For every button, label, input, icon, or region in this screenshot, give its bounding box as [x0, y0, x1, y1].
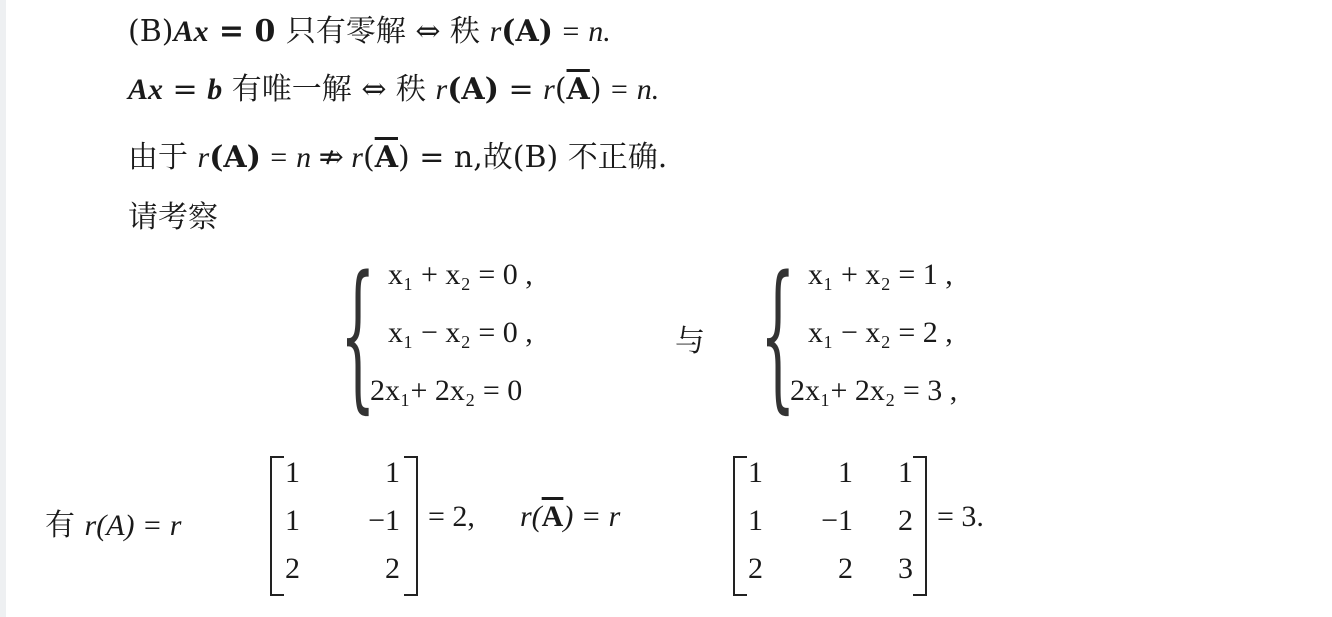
- math-A-bar: A: [375, 140, 398, 175]
- equation-row: x₁ + x₂ = 0 ,: [388, 258, 533, 292]
- math-A: (A): [209, 140, 261, 175]
- matrix-cell: 2: [350, 552, 400, 586]
- matrix-A: 1 1 1 −1 2 2: [270, 456, 418, 596]
- math-A: (A): [501, 14, 553, 49]
- matrix-cell: 1: [883, 456, 913, 490]
- paren-close: ): [590, 72, 602, 107]
- equation-row: 2x₁+ 2x₂ = 3 ,: [790, 374, 957, 408]
- equation-system-nonhomogeneous: { x₁ + x₂ = 1 , x₁ − x₂ = 2 , 2x₁+ 2x₂ =…: [760, 258, 1080, 428]
- text-rank: 秩: [450, 14, 490, 49]
- math-A-bar: A: [567, 72, 590, 107]
- math-r: r: [436, 73, 448, 106]
- line-1-statement-b: (B)Ax = 0 只有零解 ⇔ 秩 r(A) = n.: [128, 12, 611, 52]
- line-3-conclusion: 由于 r(A) = n ⇏ r(A) = n,故(B) 不正确.: [128, 138, 667, 178]
- text-consider: 请考察: [128, 200, 218, 235]
- matrix-cell: 1: [350, 456, 400, 490]
- text-rank: 秩: [396, 72, 436, 107]
- connector-with: 与: [675, 316, 705, 360]
- matrix-cell: 1: [280, 456, 300, 490]
- math-b: b: [207, 73, 222, 106]
- matrix-cell: 2: [803, 552, 853, 586]
- matrix-cell: 1: [280, 504, 300, 538]
- math-Ax: Ax: [173, 15, 208, 48]
- math-r: r(: [520, 500, 542, 533]
- paren-open: (: [363, 140, 375, 175]
- matrix-cell: 1: [803, 456, 853, 490]
- math-eq-r: ) = r: [563, 500, 620, 533]
- iff-symbol: ⇔: [406, 14, 450, 49]
- matrix-cell: −1: [803, 504, 853, 538]
- paren-close: ): [398, 140, 410, 175]
- math-eq-zero: = 0: [208, 14, 285, 49]
- math-A-bar: A: [542, 500, 564, 533]
- math-r: r: [198, 141, 210, 174]
- math-eq: =: [499, 72, 543, 107]
- matrix-A-augmented: 1 1 1 1 −1 2 2 2 3: [733, 456, 927, 596]
- matrix-cell: 3: [883, 552, 913, 586]
- paren-open: (: [555, 72, 567, 107]
- math-eq-n: = n.: [553, 15, 611, 48]
- bracket-right: [404, 456, 418, 596]
- iff-symbol: ⇔: [352, 72, 396, 107]
- rank-Abar-result: = 3.: [937, 500, 984, 534]
- equation-system-homogeneous: { x₁ + x₂ = 0 , x₁ − x₂ = 0 , 2x₁+ 2x₂ =…: [340, 258, 640, 428]
- matrix-cell: 2: [280, 552, 300, 586]
- text-since: 由于: [128, 140, 198, 175]
- matrix-cell: 2: [883, 504, 913, 538]
- line-4-consider: 请考察: [128, 198, 218, 238]
- option-label: (B): [128, 14, 173, 49]
- equation-row: 2x₁+ 2x₂ = 0: [370, 374, 522, 408]
- equation-row: x₁ − x₂ = 2 ,: [808, 316, 953, 350]
- math-eq: =: [163, 72, 207, 107]
- math-r: r: [543, 73, 555, 106]
- equation-row: x₁ + x₂ = 1 ,: [808, 258, 953, 292]
- matrix-cell: −1: [350, 504, 400, 538]
- math-eq-n: = n.: [602, 73, 660, 106]
- equation-row: x₁ − x₂ = 0 ,: [388, 316, 533, 350]
- matrix-cell: 2: [743, 552, 763, 586]
- rank-A-label: 有 r(A) = r: [45, 500, 181, 544]
- math-r: r: [351, 141, 363, 174]
- rank-A-result: = 2,: [428, 500, 475, 534]
- text-unique-solution: 有唯一解: [222, 72, 352, 107]
- text-have: 有: [45, 508, 85, 543]
- rank-Abar-label: r(A) = r: [520, 500, 620, 534]
- math-not-implies: = n ⇏: [261, 141, 351, 174]
- bracket-right: [913, 456, 927, 596]
- text-b-incorrect: = n,故(B) 不正确.: [410, 140, 668, 175]
- math-Ax: Ax: [128, 73, 163, 106]
- page-edge: [0, 0, 6, 617]
- math-r: r: [490, 15, 502, 48]
- math-rA-eq-r: r(A) = r: [85, 509, 182, 542]
- math-A: (A): [447, 72, 499, 107]
- text-only-zero-solution: 只有零解: [286, 14, 406, 49]
- matrix-cell: 1: [743, 504, 763, 538]
- matrix-cell: 1: [743, 456, 763, 490]
- line-2-unique-solution: Ax = b 有唯一解 ⇔ 秩 r(A) = r(A) = n.: [128, 70, 659, 110]
